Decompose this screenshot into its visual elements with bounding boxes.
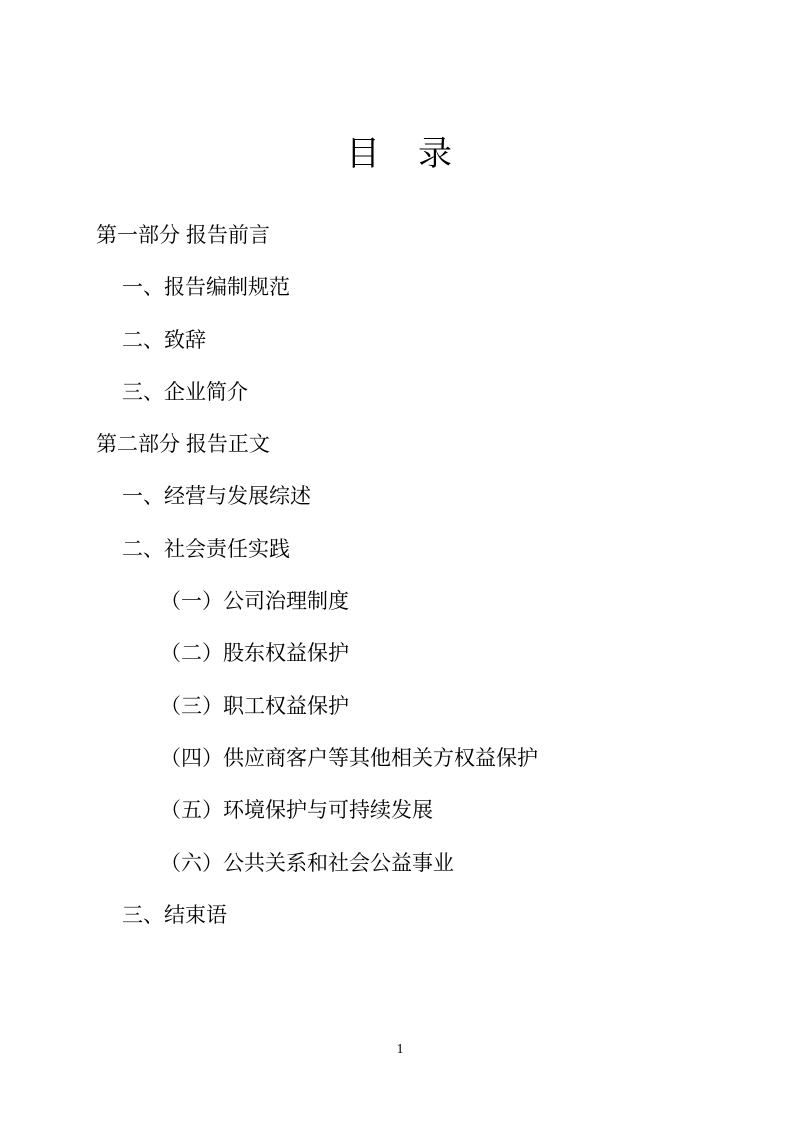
toc-entry: （一）公司治理制度 — [0, 576, 800, 628]
toc-entry: 一、经营与发展综述 — [0, 471, 800, 523]
toc-entry: 二、致辞 — [0, 315, 800, 367]
toc-entry: （三）职工权益保护 — [0, 681, 800, 733]
toc-entry: （六）公共关系和社会公益事业 — [0, 838, 800, 890]
toc-entry: （二）股东权益保护 — [0, 628, 800, 680]
toc-entry: （四）供应商客户等其他相关方权益保护 — [0, 733, 800, 785]
toc-title: 目 录 — [0, 134, 800, 174]
toc-entry-part2: 第二部分 报告正文 — [0, 419, 800, 471]
toc-entry: 三、结束语 — [0, 890, 800, 942]
toc-entry: 一、报告编制规范 — [0, 262, 800, 314]
toc-entry-part1: 第一部分 报告前言 — [0, 210, 800, 262]
toc-entry: 二、社会责任实践 — [0, 524, 800, 576]
toc-entry: （五）环境保护与可持续发展 — [0, 785, 800, 837]
toc-list: 第一部分 报告前言 一、报告编制规范 二、致辞 三、企业简介 第二部分 报告正文… — [0, 210, 800, 942]
document-page: 目 录 第一部分 报告前言 一、报告编制规范 二、致辞 三、企业简介 第二部分 … — [0, 0, 800, 1139]
toc-entry: 三、企业简介 — [0, 367, 800, 419]
page-number: 1 — [0, 1041, 800, 1059]
